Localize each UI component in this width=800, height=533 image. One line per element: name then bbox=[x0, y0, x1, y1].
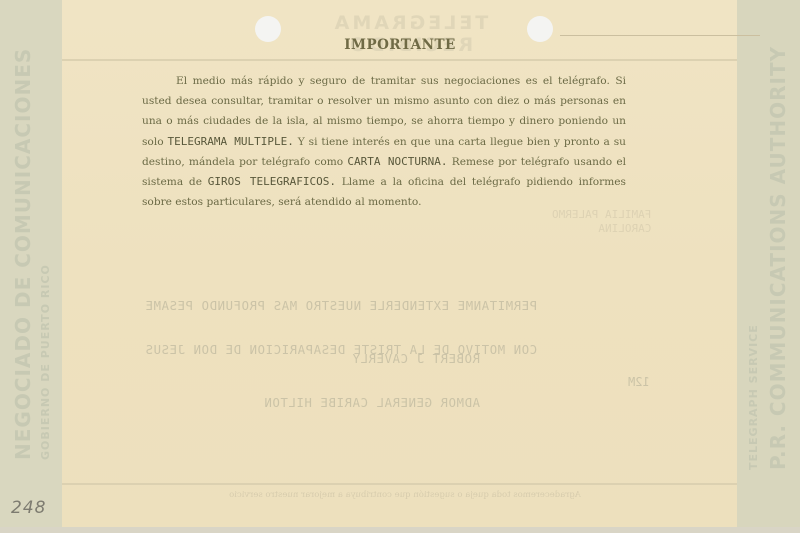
paragraph-emphasis-nocturna: CARTA NOCTURNA. bbox=[347, 155, 447, 168]
document-title: IMPORTANTE bbox=[0, 37, 800, 53]
signature-line: ROBERT J CAVERLY bbox=[180, 352, 480, 367]
bleed-through-code: 12M bbox=[628, 375, 650, 389]
bleed-through-signature: ROBERT J CAVERLY ADMOR GENERAL CARIBE HI… bbox=[180, 323, 480, 439]
bleed-through-footer: Agradeceremos toda queja o sugestión que… bbox=[135, 490, 675, 500]
bottom-divider bbox=[62, 483, 737, 485]
left-margin-band: NEGOCIADO DE COMUNICACIONES GOBIERNO DE … bbox=[0, 0, 62, 527]
left-band-title: NEGOCIADO DE COMUNICACIONES bbox=[11, 60, 35, 460]
left-band-subtitle: GOBIERNO DE PUERTO RICO bbox=[39, 60, 52, 460]
notice-paragraph: El medio más rápido y seguro de tramitar… bbox=[142, 71, 626, 212]
right-band-title: P.R. COMMUNICATIONS AUTHORITY bbox=[766, 90, 790, 470]
right-band-subtitle: TELEGRAPH SERVICE bbox=[747, 90, 760, 470]
telegram-paper: NEGOCIADO DE COMUNICACIONES GOBIERNO DE … bbox=[0, 0, 800, 533]
top-divider bbox=[62, 59, 737, 61]
paragraph-emphasis-multiple: TELEGRAMA MULTIPLE. bbox=[167, 135, 293, 148]
top-right-divider bbox=[560, 35, 760, 36]
message-line: PERMITANME EXTENDERLE NUESTRO MAS PROFUN… bbox=[145, 299, 665, 314]
right-margin-band: P.R. COMMUNICATIONS AUTHORITY TELEGRAPH … bbox=[737, 0, 800, 527]
address-line: FAMILIA PALERMO bbox=[552, 208, 651, 222]
paragraph-emphasis-giros: GIROS TELEGRAFICOS. bbox=[208, 175, 336, 188]
scan-edge bbox=[0, 527, 800, 533]
bleed-through-address: FAMILIA PALERMO CAROLINA bbox=[552, 208, 651, 236]
signature-line: ADMOR GENERAL CARIBE HILTON bbox=[180, 396, 480, 411]
handwritten-number: 248 bbox=[11, 498, 46, 518]
address-line: CAROLINA bbox=[552, 222, 651, 236]
